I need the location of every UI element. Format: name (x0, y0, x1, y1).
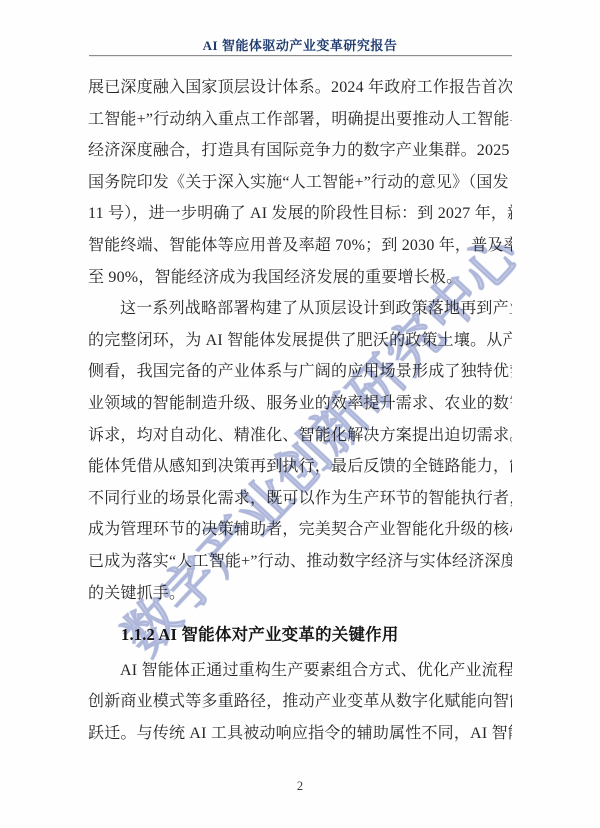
body-line: 业领域的智能制造升级、服务业的效率提升需求、农业的数智化转型 (88, 388, 512, 420)
report-header-title: AI 智能体驱动产业变革研究报告 (0, 35, 600, 54)
document-page: AI 智能体驱动产业变革研究报告 数字产业创新研究中心 展已深度融入国家顶层设计… (0, 0, 600, 828)
body-line: 侧看，我国完备的产业体系与广阔的应用场景形成了独特优势——工 (88, 356, 512, 388)
body-line: 国务院印发《关于深入实施“人工智能+”行动的意见》（国发〔2025〕 (88, 167, 512, 199)
body-line: 至 90%，智能经济成为我国经济发展的重要增长极。 (88, 262, 512, 294)
body-line: 这一系列战略部署构建了从顶层设计到政策落地再到产业实践 (88, 293, 512, 325)
body-text: 展已深度融入国家顶层设计体系。2024 年政府工作报告首次将“人 工智能+”行动… (88, 72, 512, 749)
body-line: 展已深度融入国家顶层设计体系。2024 年政府工作报告首次将“人 (88, 72, 512, 104)
page-number: 2 (0, 779, 600, 794)
body-line: 创新商业模式等多重路径，推动产业变革从数字化赋能向智能化原生 (88, 686, 512, 718)
body-line: 11 号），进一步明确了 AI 发展的阶段性目标：到 2027 年，新一代 (88, 198, 512, 230)
header-divider (89, 55, 512, 56)
body-line: 工智能+”行动纳入重点工作部署，明确提出要推动人工智能与实体 (88, 104, 512, 136)
body-line: 的完整闭环，为 AI 智能体发展提供了肥沃的政策土壤。从产业需求 (88, 325, 512, 357)
body-line: 能体凭借从感知到决策再到执行，最后反馈的全链路能力，能够适配 (88, 451, 512, 483)
body-line: 成为管理环节的决策辅助者，完美契合产业智能化升级的核心诉求， (88, 514, 512, 546)
body-line: 不同行业的场景化需求，既可以作为生产环节的智能执行者，也可以 (88, 483, 512, 515)
body-line: 的关键抓手。 (88, 578, 512, 610)
body-line: 已成为落实“人工智能+”行动、推动数字经济与实体经济深度融合 (88, 546, 512, 578)
body-line: 智能终端、智能体等应用普及率超 70%；到 2030 年，普及率将提升 (88, 230, 512, 262)
body-line: AI 智能体正通过重构生产要素组合方式、优化产业流程链路、 (88, 655, 512, 687)
body-line: 跃迁。与传统 AI 工具被动响应指令的辅助属性不同，AI 智能体实现 (88, 718, 512, 750)
section-heading: 1.1.2 AI 智能体对产业变革的关键作用 (88, 619, 512, 651)
body-line: 诉求，均对自动化、精准化、智能化解决方案提出迫切需求。AI 智 (88, 420, 512, 452)
body-line: 经济深度融合，打造具有国际竞争力的数字产业集群。2025 年 8 月， (88, 135, 512, 167)
